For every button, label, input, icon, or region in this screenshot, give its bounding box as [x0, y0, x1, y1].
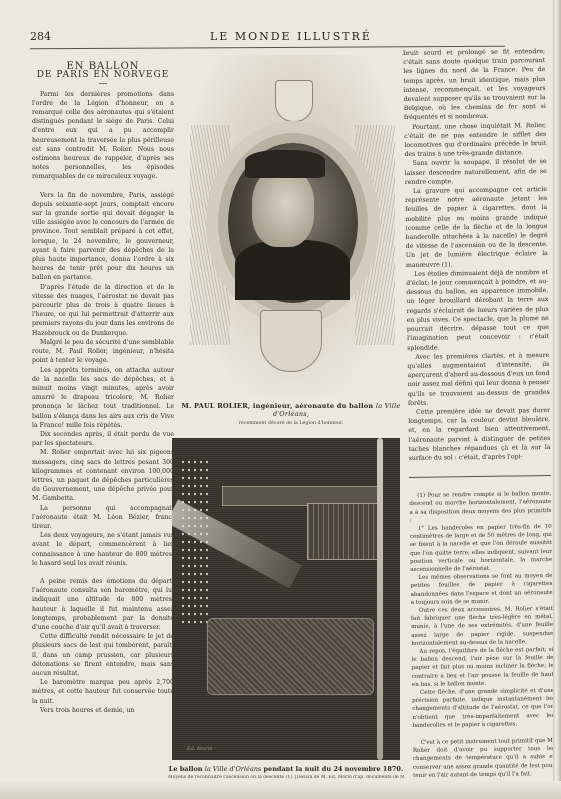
footnote: (1) Pour se rendre compte si le ballon m… — [409, 490, 551, 525]
paragraph: Avec les premières clartés, et à mesure … — [407, 351, 550, 408]
paragraph: Dix secondes après, il était perdu de vu… — [32, 430, 174, 448]
portrait-engraving — [190, 55, 395, 395]
artist-signature: Ed. Morin — [187, 746, 212, 752]
footnote: Au repos, l'équilibre de la flèche est p… — [411, 646, 554, 689]
paragraph: Sans ouvrir la soupape, il résolut de se… — [405, 157, 547, 187]
footnote: Les mêmes observations se font au moyen … — [410, 572, 552, 607]
caption-subline: Moyens de reconnaître l'ascension ou la … — [168, 775, 404, 780]
footnote-divider — [409, 475, 551, 478]
trees-left — [190, 125, 230, 345]
paragraph: Pourtant, une chose inquiétait M. Rolier… — [404, 121, 547, 160]
paragraph: La gravure qui accompagne cet article re… — [405, 185, 548, 270]
paragraph: bruit sourd et prolongé se fit entendre;… — [403, 47, 546, 123]
paragraph: Vers la fin de novembre, Paris, assiégé … — [32, 191, 174, 283]
portrait-coat — [235, 240, 350, 300]
paragraph: D'après l'étude de la direction et de la… — [32, 283, 174, 338]
paragraph: Les deux voyageurs, ne s'étant jamais vu… — [32, 531, 174, 568]
footnote: C'est à ce petit instrument tout primiti… — [413, 737, 556, 780]
portrait-cap — [245, 150, 325, 178]
footnote: 1° Les banderoles en papier très-fin de … — [410, 523, 553, 574]
caption-name: M. PAUL ROLIER, — [181, 402, 250, 410]
page-bottom-edge — [0, 781, 561, 799]
balloon-caption: Le ballon la Ville d'Orléans pendant la … — [168, 765, 404, 780]
paragraph: Parmi les dernières promotions dans l'or… — [32, 90, 174, 182]
paragraph: M. Rolier emportait avec lui six pigeons… — [32, 448, 174, 503]
left-column: EN BALLON DE PARIS EN NORVEGE — Parmi le… — [32, 62, 174, 715]
paragraph: La personne qui accompagnait l'aéronaute… — [32, 504, 174, 532]
caption-prefix: Le ballon — [169, 765, 205, 773]
balloon-engraving: Ed. Morin — [172, 438, 400, 760]
pigeon-cage-icon — [307, 503, 381, 560]
footnote: Outre ces deux accessoires, M. Rolier s'… — [411, 605, 554, 648]
footnote: Cette flèche, d'une grande simplicité et… — [412, 687, 555, 730]
paragraph: Malgré le peu de sécurité d'une semblabl… — [32, 338, 174, 366]
balloon-basket — [207, 618, 374, 695]
paragraph: Vers trois heures et demie, un — [32, 706, 174, 715]
caption-desc: ingénieur, aéronaute du ballon — [250, 402, 376, 410]
page-number: 284 — [30, 30, 51, 43]
trees-right — [355, 125, 395, 345]
right-column: bruit sourd et prolongé se fit entendre;… — [403, 47, 555, 780]
paragraph: Les apprêts terminés, on attacha autour … — [32, 366, 174, 430]
paragraph: Les étoiles diminuaient déjà de nombre e… — [406, 268, 549, 353]
page-edge — [553, 0, 561, 799]
caption-subline: récemment décoré de la Légion d'honneur. — [180, 421, 402, 426]
streamer-ribbon — [377, 438, 383, 760]
portrait-face — [252, 167, 314, 247]
caption-suffix: pendant la nuit du 24 novembre 1870. — [261, 765, 403, 773]
masthead: LE MONDE ILLUSTRÉ — [210, 30, 372, 43]
paragraph: Le baromètre marqua peu après 2,700 mètr… — [32, 678, 174, 706]
paris-shield-icon — [260, 310, 322, 372]
paragraph: Cette difficulté rendit nécessaire le je… — [32, 632, 174, 678]
paragraph: Cette première idée ne devait pas durer … — [408, 406, 551, 463]
title-separator: — — [32, 80, 174, 89]
coat-of-arms-icon — [275, 80, 313, 122]
caption-balloon-name: la Ville d'Orléans — [205, 765, 261, 773]
newspaper-page: 284 LE MONDE ILLUSTRÉ · EN BALLON DE PAR… — [0, 0, 555, 799]
paragraph: A peine remis des émotions du départ, l'… — [32, 577, 174, 632]
portrait-caption: M. PAUL ROLIER, ingénieur, aéronaute du … — [180, 402, 402, 426]
